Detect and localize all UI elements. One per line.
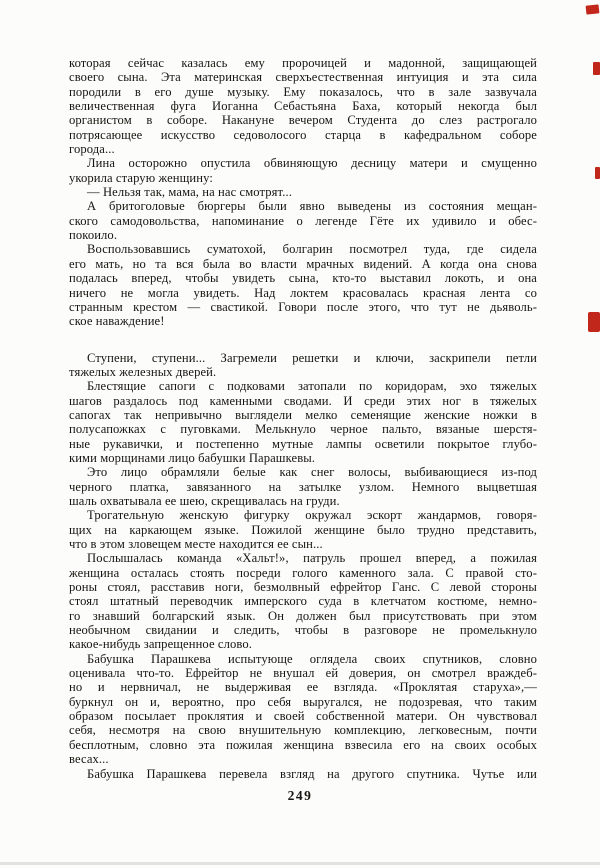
text-line: органистом в соборе. Накануне вечером Ст… [69,113,537,127]
paragraph: Послышалась команда «Хальт!», патруль пр… [69,551,537,651]
text-line: — Нельзя так, мама, на нас смотрят... [69,185,537,199]
text-line: А бритоголовые бюргеры были явно выведен… [69,199,537,213]
text-line: себя, несмотря на свою внушительную комп… [69,723,537,737]
page-number: 249 [0,788,600,804]
text-line: тяжелых железных дверей. [69,365,537,379]
text-line: Воспользовавшись суматохой, болгарин пос… [69,242,537,256]
text-line: го знавший болгарский язык. Он должен бы… [69,609,537,623]
text-line: странным крестом — свастикой. Говори пос… [69,300,537,314]
text-line: Бабушка Парашкева перевела взгляд на дру… [69,767,537,781]
text-line: ные рукавички, и постепенно мутные лампы… [69,437,537,451]
text-line: Лина осторожно опустила обвиняющую десни… [69,156,537,170]
text-line: шагов раздалось под каменными сводами. И… [69,394,537,408]
text-line: оценивала что-то. Ефрейтор не внушал ей … [69,666,537,680]
paragraph: Бабушка Парашкева испытующе оглядела сво… [69,652,537,767]
text-line: своего сына. Эта материнская сверхъестес… [69,70,537,84]
paragraph: А бритоголовые бюргеры были явно выведен… [69,199,537,242]
text-line: Послышалась команда «Хальт!», патруль пр… [69,551,537,565]
text-line: покоило. [69,228,537,242]
text-line: щих на каркающем языке. Пожилой женщине … [69,523,537,537]
text-line: подалась вперед, чтобы увидеть сына, кто… [69,271,537,285]
text-line: сапогах так непривычно выглядели мелко с… [69,408,537,422]
paragraph: Воспользовавшись суматохой, болгарин пос… [69,242,537,328]
text-line: какое-нибудь запрещенное слово. [69,637,537,651]
text-line: его мать, но та вся была во власти мрачн… [69,257,537,271]
text-line: Трогательную женскую фигурку окружал эск… [69,508,537,522]
red-edge-mark [595,167,600,179]
text-line: необычном свидании и следить, чтобы в ра… [69,623,537,637]
paragraph: Трогательную женскую фигурку окружал эск… [69,508,537,551]
text-line: весах... [69,752,537,766]
text-line: укорила старую женщину: [69,171,537,185]
text-line: полусапожках с пуговками. Мелькнуло черн… [69,422,537,436]
text-line: что в этом зловещем месте находится ее с… [69,537,537,551]
text-line: стоял штатный переводчик имперского суда… [69,594,537,608]
text-line: роны стоял, расставив ноги, безмолвный е… [69,580,537,594]
paragraph: Ступени, ступени... Загремели решетки и … [69,351,537,380]
text-line: величественная фуга Иоганна Себастьяна Б… [69,99,537,113]
text-line: которая сейчас казалась ему пророчицей и… [69,56,537,70]
text-line: черного платка, завязанного на затылке у… [69,480,537,494]
paragraph: Лина осторожно опустила обвиняющую десни… [69,156,537,185]
book-page-scan: которая сейчас казалась ему пророчицей и… [0,0,600,868]
text-line: Блестящие сапоги с подковами затопали по… [69,379,537,393]
red-edge-mark [593,62,600,75]
text-line: ничего не могла увидеть. Над локтем крас… [69,286,537,300]
text-line: ского самодовольства, напоминание о леге… [69,214,537,228]
text-line: женщина осталась стоять посреди голого к… [69,566,537,580]
paragraph: которая сейчас казалась ему пророчицей и… [69,56,537,156]
text-line: шаль охватывала ее шею, скрещивалась на … [69,494,537,508]
text-line: но и нервничал, не выдерживая ее взгляда… [69,680,537,694]
red-edge-mark [586,4,600,14]
paragraph: Бабушка Парашкева перевела взгляд на дру… [69,767,537,781]
text-line: бесплотным, словно эта пожилая женщина в… [69,738,537,752]
text-line: города... [69,142,537,156]
paragraph: Блестящие сапоги с подковами затопали по… [69,379,537,465]
text-block: которая сейчас казалась ему пророчицей и… [69,56,537,781]
scan-edge-shadow [0,862,600,865]
text-line: потрясающее искусство седоволосого старц… [69,128,537,142]
text-line: буркнул он и, вероятно, про себя выругал… [69,695,537,709]
text-line: Бабушка Парашкева испытующе оглядела сво… [69,652,537,666]
text-line: Это лицо обрамляли белые как снег волосы… [69,465,537,479]
text-line: породили в его душе музыку. Ему показало… [69,85,537,99]
text-line: Ступени, ступени... Загремели решетки и … [69,351,537,365]
paragraph: — Нельзя так, мама, на нас смотрят... [69,185,537,199]
text-line: образом посылает проклятия и своей собст… [69,709,537,723]
red-edge-mark [588,312,600,332]
paragraph: Это лицо обрамляли белые как снег волосы… [69,465,537,508]
text-line: кими морщинами лицо бабушки Парашкевы. [69,451,537,465]
text-line: ское наваждение! [69,314,537,328]
